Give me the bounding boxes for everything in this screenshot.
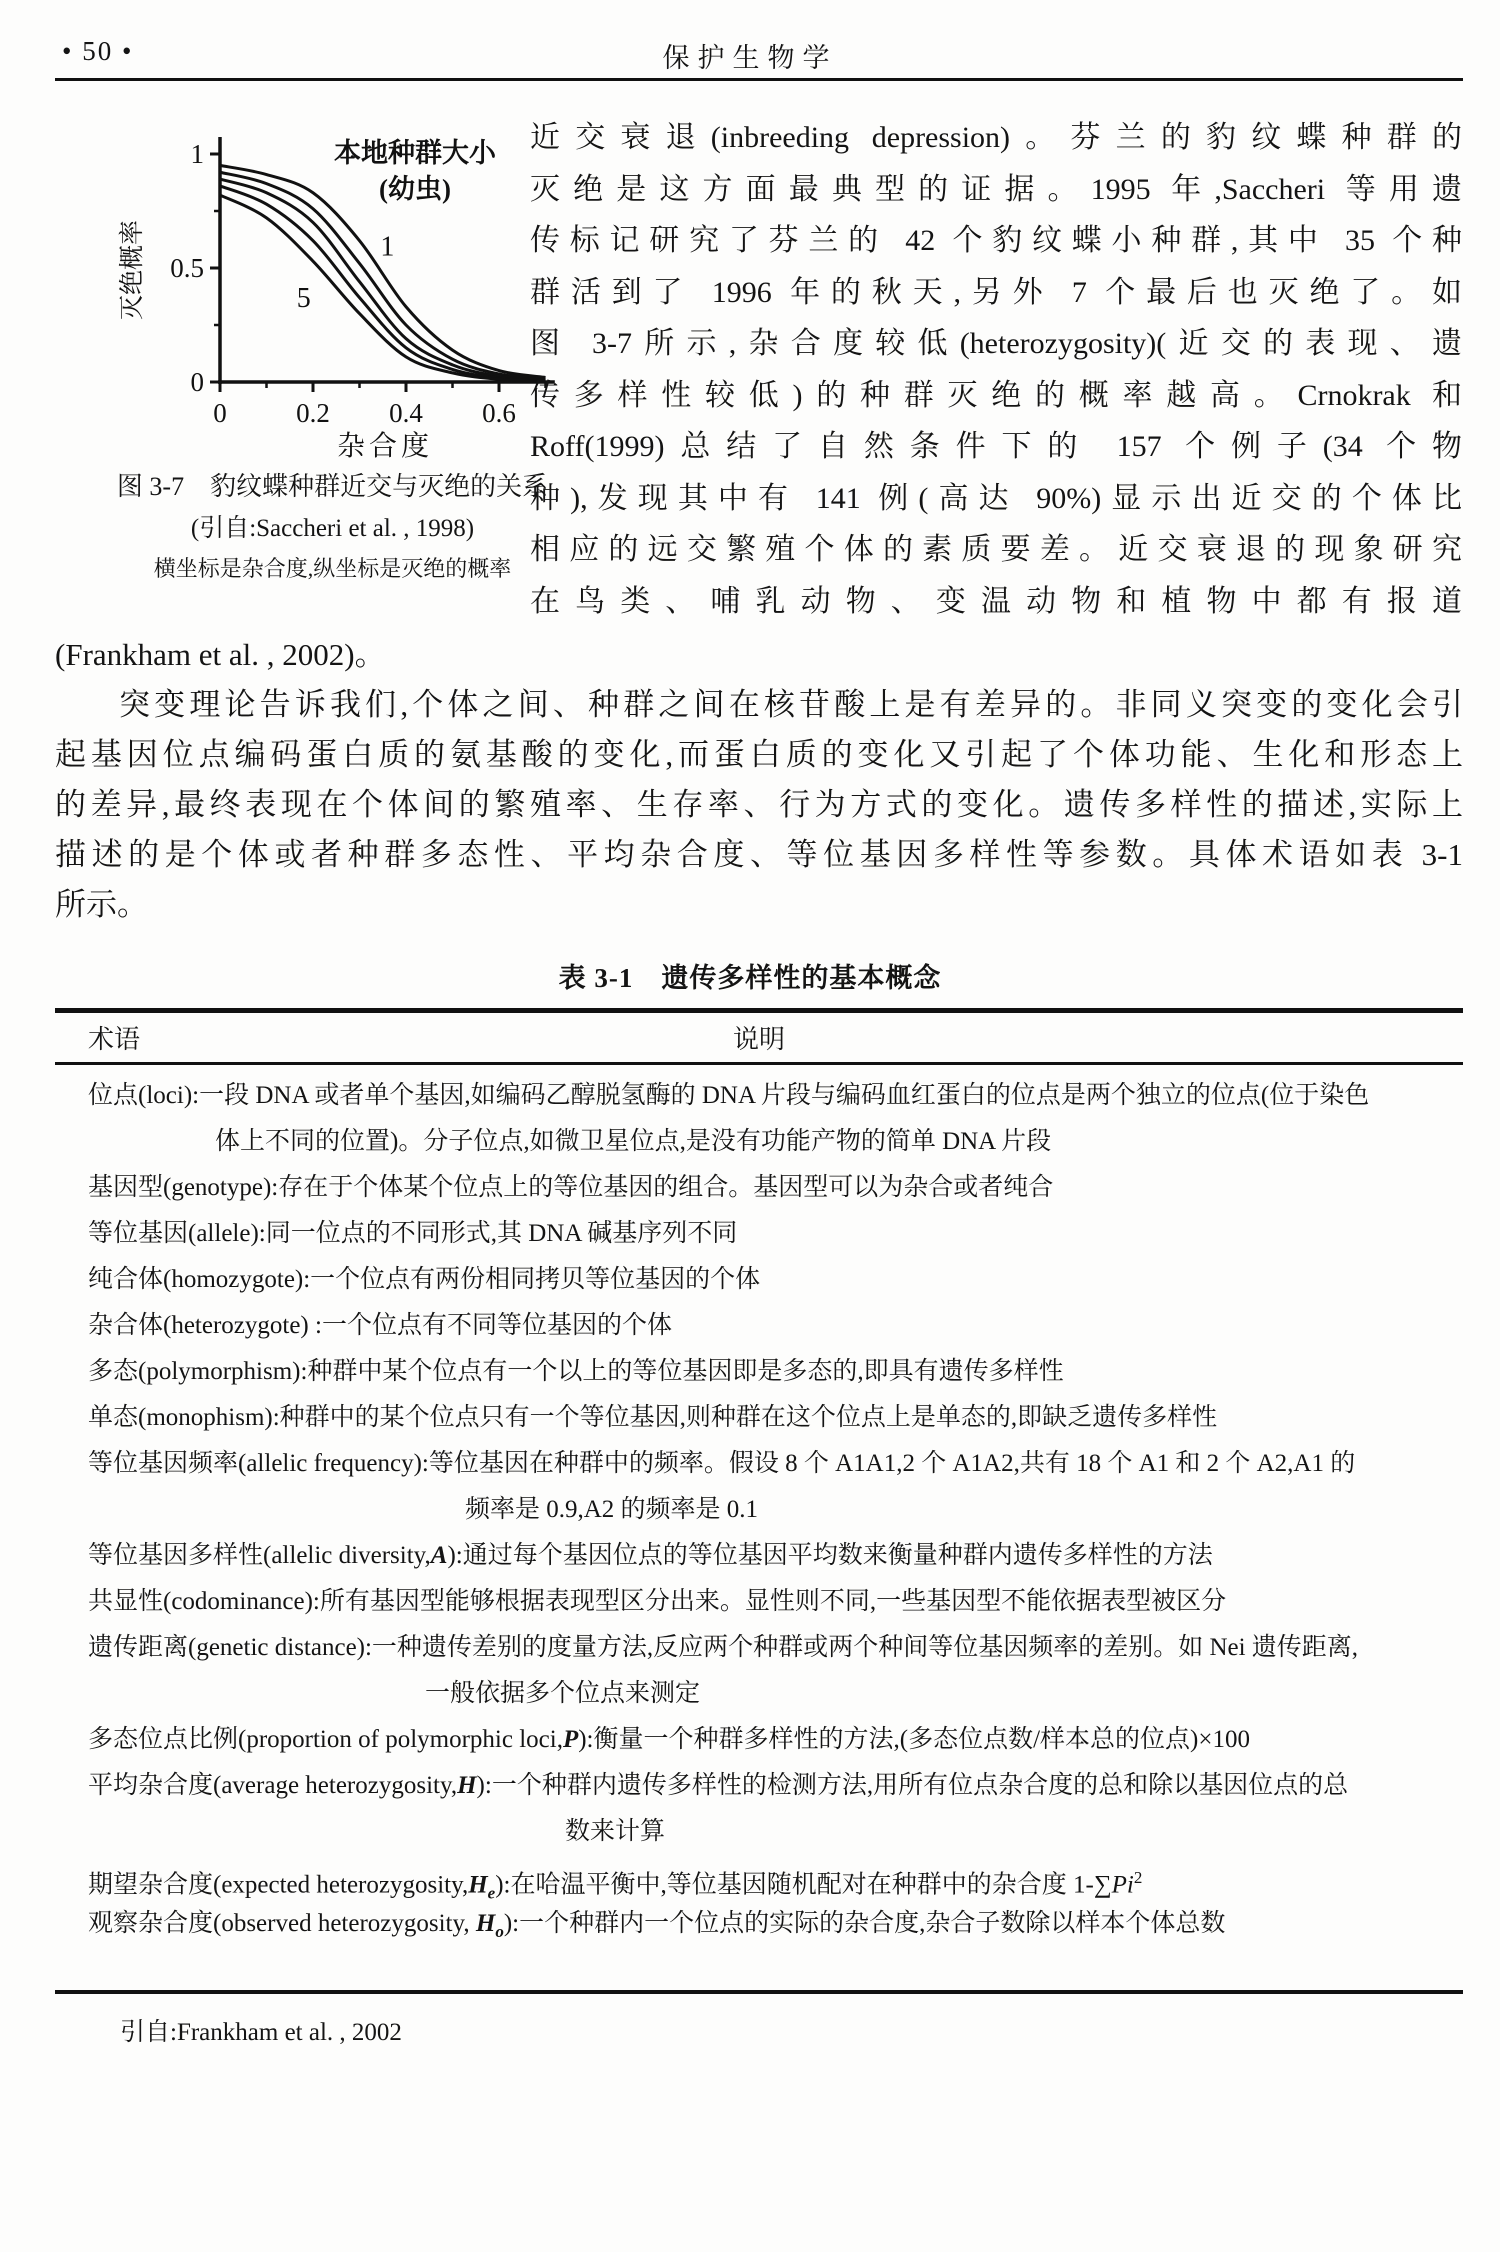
svg-text:1: 1 bbox=[380, 231, 394, 262]
figure-caption-note: 横坐标是杂合度,纵坐标是灭绝的概率 bbox=[75, 550, 590, 588]
text-line: Roff(1999)总结了自然条件下的 157 个例子(34 个物 bbox=[530, 421, 1462, 473]
text-line: 描述的是个体或者种群多态性、平均杂合度、等位基因多样性等参数。具体术语如表 3-… bbox=[55, 830, 1463, 880]
svg-text:1: 1 bbox=[191, 139, 205, 169]
table-row: 多态位点比例(proportion of polymorphic loci,P)… bbox=[55, 1717, 1463, 1763]
table-row: 位点(loci):一段 DNA 或者单个基因,如编码乙醇脱氢酶的 DNA 片段与… bbox=[55, 1073, 1463, 1119]
text-line: 图 3-7所示,杂合度较低(heterozygosity)(近交的表现、遗 bbox=[530, 318, 1462, 370]
table-row: 数来计算 bbox=[55, 1809, 1463, 1855]
table-title: 表 3-1 遗传多样性的基本概念 bbox=[0, 956, 1500, 995]
table-row: 一般依据多个位点来测定 bbox=[55, 1671, 1463, 1717]
table-source: 引自:Frankham et al. , 2002 bbox=[120, 2012, 402, 2048]
table-col-desc: 说明 bbox=[55, 1020, 1463, 1060]
table-row: 等位基因多样性(allelic diversity,A):通过每个基因位点的等位… bbox=[55, 1533, 1463, 1579]
table-row: 等位基因频率(allelic frequency):等位基因在种群中的频率。假设… bbox=[55, 1441, 1463, 1487]
table-rule-bottom bbox=[55, 1990, 1463, 1994]
text-line: 传标记研究了芬兰的 42 个豹纹蝶小种群,其中 35 个种 bbox=[530, 215, 1462, 267]
svg-text:5: 5 bbox=[297, 283, 311, 314]
svg-text:杂合度: 杂合度 bbox=[337, 430, 433, 460]
table-row: 平均杂合度(average heterozygosity,H):一个种群内遗传多… bbox=[55, 1763, 1463, 1809]
text-line: 的差异,最终表现在个体间的繁殖率、生存率、行为方式的变化。遗传多样性的描述,实际… bbox=[55, 780, 1463, 830]
text-line: (Frankham et al. , 2002)。 bbox=[55, 630, 1463, 680]
text-line: 相应的远交繁殖个体的素质要差。近交衰退的现象研究 bbox=[530, 524, 1462, 576]
figure-3-7: 00.20.40.600.5115本地种群大小(幼虫)灭绝概率杂合度 bbox=[85, 92, 575, 460]
table-header-row: 术语 说明 bbox=[55, 1020, 1463, 1060]
svg-text:本地种群大小: 本地种群大小 bbox=[334, 138, 497, 168]
figure-caption-title: 图 3-7 豹纹蝶种群近交与灭绝的关系 bbox=[75, 466, 590, 508]
table-row: 遗传距离(genetic distance):一种遗传差别的度量方法,反应两个种… bbox=[55, 1625, 1463, 1671]
svg-text:0.2: 0.2 bbox=[296, 398, 330, 428]
text-line: 起基因位点编码蛋白质的氨基酸的变化,而蛋白质的变化又引起了个体功能、生化和形态上 bbox=[55, 730, 1463, 780]
table-row: 等位基因(allele):同一位点的不同形式,其 DNA 碱基序列不同 bbox=[55, 1211, 1463, 1257]
svg-text:0.4: 0.4 bbox=[389, 398, 423, 428]
text-line: 灭绝是这方面最典型的证据。1995 年,Saccheri 等用遗 bbox=[530, 164, 1462, 216]
text-line: 近交衰退(inbreeding depression)。芬兰的豹纹蝶种群的 bbox=[530, 112, 1462, 164]
table-row: 基因型(genotype):存在于个体某个位点上的等位基因的组合。基因型可以为杂… bbox=[55, 1165, 1463, 1211]
svg-text:0.6: 0.6 bbox=[482, 398, 516, 428]
table-row: 共显性(codominance):所有基因型能够根据表现型区分出来。显性则不同,… bbox=[55, 1579, 1463, 1625]
svg-text:(幼虫): (幼虫) bbox=[379, 174, 451, 204]
table-row: 多态(polymorphism):种群中某个位点有一个以上的等位基因即是多态的,… bbox=[55, 1349, 1463, 1395]
table-row: 单态(monophism):种群中的某个位点只有一个等位基因,则种群在这个位点上… bbox=[55, 1395, 1463, 1441]
svg-text:灭绝概率: 灭绝概率 bbox=[118, 220, 146, 320]
table-row: 体上不同的位置)。分子位点,如微卫星位点,是没有功能产物的简单 DNA 片段 bbox=[55, 1119, 1463, 1165]
svg-text:0.5: 0.5 bbox=[170, 253, 204, 283]
book-title: 保护生物学 bbox=[0, 36, 1500, 75]
text-line: 所示。 bbox=[55, 880, 1463, 930]
figure-caption: 图 3-7 豹纹蝶种群近交与灭绝的关系 (引自:Saccheri et al. … bbox=[75, 466, 590, 588]
svg-text:0: 0 bbox=[191, 367, 205, 397]
table-row: 观察杂合度(observed heterozygosity, Ho):一个种群内… bbox=[55, 1901, 1463, 1947]
body-paragraph: (Frankham et al. , 2002)。突变理论告诉我们,个体之间、种… bbox=[55, 630, 1463, 930]
text-line: 种),发现其中有 141 例(高达 90%)显示出近交的个体比 bbox=[530, 473, 1462, 525]
header-rule bbox=[55, 78, 1463, 81]
text-line: 传多样性较低)的种群灭绝的概率越高。Crnokrak 和 bbox=[530, 370, 1462, 422]
figure-caption-source: (引自:Saccheri et al. , 1998) bbox=[75, 508, 590, 550]
text-line: 群活到了 1996 年的秋天,另外 7 个最后也灭绝了。如 bbox=[530, 267, 1462, 319]
extinction-chart-svg: 00.20.40.600.5115本地种群大小(幼虫)灭绝概率杂合度 bbox=[85, 92, 575, 460]
table-row: 纯合体(homozygote):一个位点有两份相同拷贝等位基因的个体 bbox=[55, 1257, 1463, 1303]
table-body: 位点(loci):一段 DNA 或者单个基因,如编码乙醇脱氢酶的 DNA 片段与… bbox=[55, 1073, 1463, 1947]
table-row: 期望杂合度(expected heterozygosity,He):在哈温平衡中… bbox=[55, 1855, 1463, 1901]
table-rule-mid bbox=[55, 1062, 1463, 1065]
svg-text:0: 0 bbox=[213, 398, 227, 428]
table-rule-top bbox=[55, 1008, 1463, 1013]
text-line: 在鸟类、哺乳动物、变温动物和植物中都有报道 bbox=[530, 576, 1462, 628]
right-column: 近交衰退(inbreeding depression)。芬兰的豹纹蝶种群的灭绝是… bbox=[530, 112, 1462, 627]
table-row: 频率是 0.9,A2 的频率是 0.1 bbox=[55, 1487, 1463, 1533]
table-row: 杂合体(heterozygote) :一个位点有不同等位基因的个体 bbox=[55, 1303, 1463, 1349]
text-line: 突变理论告诉我们,个体之间、种群之间在核苷酸上是有差异的。非同义突变的变化会引 bbox=[55, 680, 1463, 730]
